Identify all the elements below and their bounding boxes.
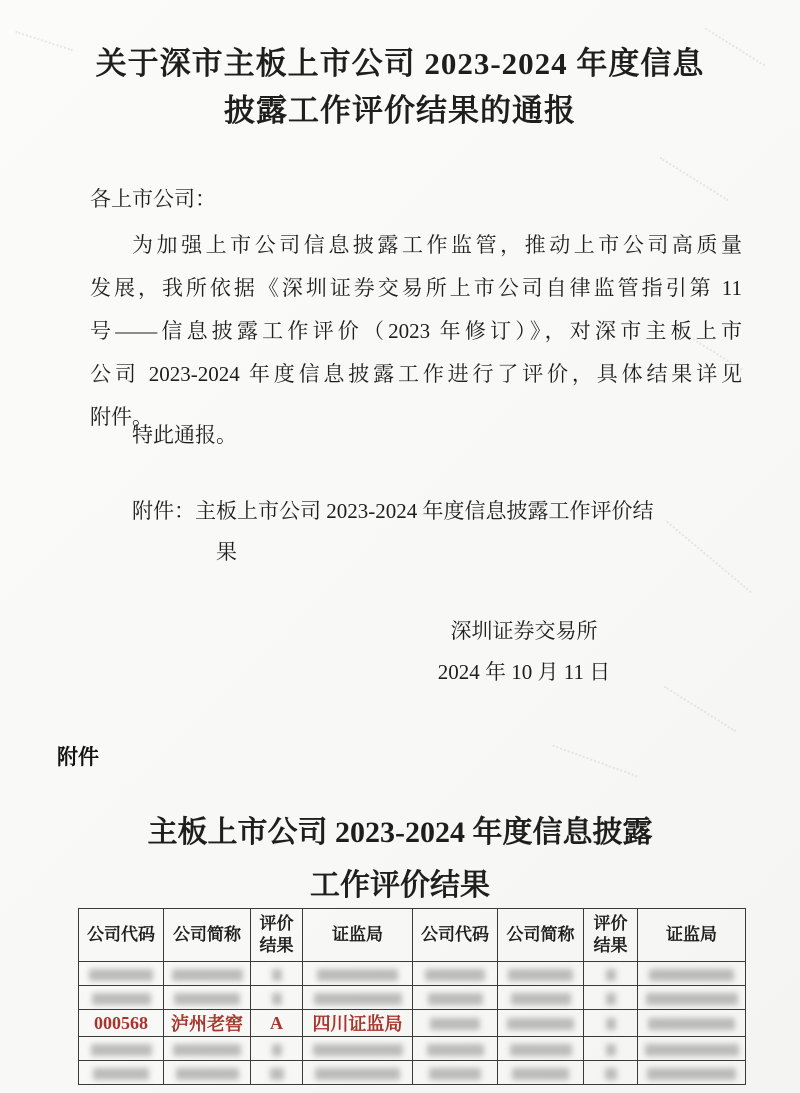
body-line: 号——信息披露工作评价（2023 年修订）》，对深市主板上市 bbox=[90, 310, 742, 353]
table-cell: 四川证监局 bbox=[303, 1010, 413, 1037]
column-header: 评价结果 bbox=[251, 909, 303, 962]
redaction-blur bbox=[512, 1068, 569, 1080]
redacted-cell bbox=[498, 1010, 584, 1037]
redaction-blur bbox=[606, 1018, 616, 1030]
redaction-blur bbox=[174, 993, 240, 1005]
notice-title: 关于深市主板上市公司 2023-2024 年度信息 披露工作评价结果的通报 bbox=[0, 40, 800, 134]
redaction-blur bbox=[272, 969, 282, 981]
table-cell: 泸州老窖 bbox=[164, 1010, 251, 1037]
redacted-cell bbox=[584, 1010, 638, 1037]
header-row: 公司代码公司简称评价结果证监局公司代码公司简称评价结果证监局 bbox=[79, 909, 746, 962]
column-header: 公司简称 bbox=[498, 909, 584, 962]
attachment-reference: 附件：主板上市公司 2023-2024 年度信息披露工作评价结 果 bbox=[90, 491, 752, 573]
redacted-cell bbox=[251, 962, 303, 986]
table-row bbox=[79, 962, 746, 986]
redacted-cell bbox=[413, 1037, 498, 1061]
redaction-blur bbox=[606, 969, 616, 981]
signature-date: 2024 年 10 月 11 日 bbox=[404, 652, 644, 693]
redaction-blur bbox=[510, 1044, 572, 1056]
redaction-blur bbox=[648, 1018, 735, 1030]
redaction-blur bbox=[606, 993, 616, 1005]
redaction-blur bbox=[91, 1044, 152, 1056]
redaction-blur bbox=[314, 993, 402, 1005]
redaction-blur bbox=[176, 1068, 239, 1080]
column-header: 公司代码 bbox=[79, 909, 164, 962]
redacted-cell bbox=[498, 1037, 584, 1061]
redaction-blur bbox=[315, 1068, 400, 1080]
body-line: 发展，我所依据《深圳证券交易所上市公司自律监管指引第 11 bbox=[90, 267, 742, 310]
redacted-cell bbox=[638, 1037, 746, 1061]
redacted-cell bbox=[584, 1037, 638, 1061]
redaction-blur bbox=[606, 1044, 616, 1056]
signature-block: 深圳证券交易所 2024 年 10 月 11 日 bbox=[404, 611, 644, 693]
redacted-cell bbox=[251, 1037, 303, 1061]
appendix-label: 附件 bbox=[57, 741, 99, 771]
redaction-blur bbox=[89, 969, 153, 981]
results-table-body: 000568泸州老窖A四川证监局 bbox=[79, 962, 746, 1085]
redaction-blur bbox=[272, 1044, 282, 1056]
column-header: 评价结果 bbox=[584, 909, 638, 962]
redaction-blur bbox=[428, 993, 483, 1005]
redacted-cell bbox=[303, 1037, 413, 1061]
column-header: 公司代码 bbox=[413, 909, 498, 962]
redaction-blur bbox=[507, 1018, 574, 1030]
redacted-cell bbox=[638, 1010, 746, 1037]
notice-title-line2: 披露工作评价结果的通报 bbox=[0, 87, 800, 134]
redaction-blur bbox=[647, 1068, 736, 1080]
appendix-table-title-line2: 工作评价结果 bbox=[0, 859, 800, 912]
table-cell: A bbox=[251, 1010, 303, 1037]
table-row bbox=[79, 986, 746, 1010]
document-page: 关于深市主板上市公司 2023-2024 年度信息 披露工作评价结果的通报 各上… bbox=[0, 0, 800, 1093]
redacted-cell bbox=[79, 962, 164, 986]
redacted-cell bbox=[638, 1061, 746, 1085]
redacted-cell bbox=[164, 1061, 251, 1085]
redacted-cell bbox=[79, 986, 164, 1010]
redacted-cell bbox=[251, 1061, 303, 1085]
redacted-cell bbox=[413, 962, 498, 986]
notice-body-paragraph: 为加强上市公司信息披露工作监管，推动上市公司高质量 发展，我所依据《深圳证券交易… bbox=[90, 224, 742, 439]
body-line: 为加强上市公司信息披露工作监管，推动上市公司高质量 bbox=[90, 224, 742, 267]
closing-statement: 特此通报。 bbox=[132, 419, 237, 449]
redaction-blur bbox=[427, 1044, 484, 1056]
redacted-cell bbox=[79, 1037, 164, 1061]
notice-title-line1: 关于深市主板上市公司 2023-2024 年度信息 bbox=[0, 40, 800, 87]
redacted-cell bbox=[79, 1061, 164, 1085]
redaction-blur bbox=[272, 993, 282, 1005]
redaction-blur bbox=[172, 969, 243, 981]
redacted-cell bbox=[413, 986, 498, 1010]
redacted-cell bbox=[584, 986, 638, 1010]
column-header: 证监局 bbox=[638, 909, 746, 962]
redaction-blur bbox=[93, 1068, 149, 1080]
redaction-blur bbox=[508, 969, 573, 981]
photo-smudge bbox=[664, 686, 736, 732]
redacted-cell bbox=[164, 1037, 251, 1061]
attachment-reference-line2: 果 bbox=[90, 532, 752, 573]
redaction-blur bbox=[270, 1068, 284, 1080]
redaction-blur bbox=[649, 969, 734, 981]
table-row: 000568泸州老窖A四川证监局 bbox=[79, 1010, 746, 1037]
redacted-cell bbox=[303, 986, 413, 1010]
redacted-cell bbox=[498, 986, 584, 1010]
redaction-blur bbox=[511, 993, 571, 1005]
appendix-table-title-line1: 主板上市公司 2023-2024 年度信息披露 bbox=[0, 806, 800, 859]
redaction-blur bbox=[646, 993, 738, 1005]
table-cell: 000568 bbox=[79, 1010, 164, 1037]
redacted-cell bbox=[584, 1061, 638, 1085]
photo-smudge bbox=[552, 745, 637, 778]
redacted-cell bbox=[303, 962, 413, 986]
redaction-blur bbox=[173, 1044, 241, 1056]
redacted-cell bbox=[251, 986, 303, 1010]
redacted-cell bbox=[303, 1061, 413, 1085]
results-table: 公司代码公司简称评价结果证监局公司代码公司简称评价结果证监局 000568泸州老… bbox=[78, 908, 746, 1085]
body-line: 公司 2023-2024 年度信息披露工作进行了评价，具体结果详见 bbox=[90, 353, 742, 396]
salutation: 各上市公司： bbox=[90, 183, 216, 213]
column-header: 证监局 bbox=[303, 909, 413, 962]
redaction-blur bbox=[92, 993, 151, 1005]
redacted-cell bbox=[413, 1010, 498, 1037]
redaction-blur bbox=[605, 1068, 617, 1080]
redacted-cell bbox=[584, 962, 638, 986]
redacted-cell bbox=[498, 1061, 584, 1085]
redacted-cell bbox=[638, 962, 746, 986]
table-row bbox=[79, 1061, 746, 1085]
redaction-blur bbox=[645, 1044, 739, 1056]
redaction-blur bbox=[429, 1068, 481, 1080]
column-header: 公司简称 bbox=[164, 909, 251, 962]
redaction-blur bbox=[313, 1044, 403, 1056]
redacted-cell bbox=[498, 962, 584, 986]
results-table-head: 公司代码公司简称评价结果证监局公司代码公司简称评价结果证监局 bbox=[79, 909, 746, 962]
redacted-cell bbox=[413, 1061, 498, 1085]
redaction-blur bbox=[430, 1018, 480, 1030]
appendix-table-title: 主板上市公司 2023-2024 年度信息披露 工作评价结果 bbox=[0, 806, 800, 912]
redacted-cell bbox=[638, 986, 746, 1010]
redaction-blur bbox=[425, 969, 485, 981]
redaction-blur bbox=[317, 969, 398, 981]
redacted-cell bbox=[164, 962, 251, 986]
photo-smudge bbox=[660, 157, 729, 201]
attachment-reference-line1: 附件：主板上市公司 2023-2024 年度信息披露工作评价结 bbox=[90, 491, 752, 532]
redacted-cell bbox=[164, 986, 251, 1010]
table-row bbox=[79, 1037, 746, 1061]
signer-name: 深圳证券交易所 bbox=[404, 611, 644, 652]
